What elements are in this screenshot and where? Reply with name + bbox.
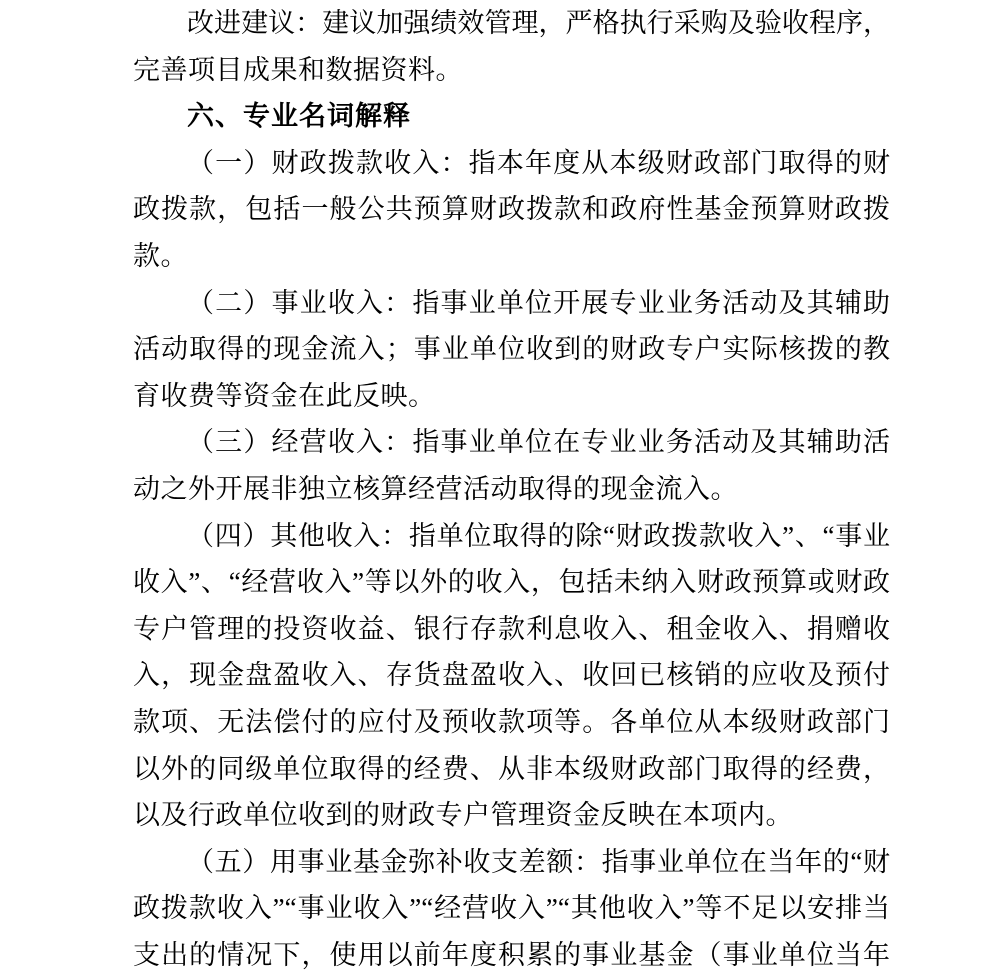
text-column: 改进建议：建议加强绩效管理，严格执行采购及验收程序， 完善项目成果和数据资料。 …: [133, 0, 890, 976]
text-line: （四）其他收入：指单位取得的除“财政拨款收入”、“事业: [133, 513, 890, 560]
text-line: 育收费等资金在此反映。: [133, 373, 890, 420]
text-line: （五）用事业基金弥补收支差额：指事业单位在当年的“财: [133, 839, 890, 886]
text-line: 款。: [133, 233, 890, 280]
text-line: 收入”、“经营收入”等以外的收入，包括未纳入财政预算或财政: [133, 559, 890, 606]
text-line: 支出的情况下，使用以前年度积累的事业基金（事业单位当年: [133, 932, 890, 976]
text-line: 政拨款收入”“事业收入”“经营收入”“其他收入”等不足以安排当年: [133, 885, 890, 932]
text-line: 以及行政单位收到的财政专户管理资金反映在本项内。: [133, 792, 890, 839]
text-line: 款项、无法偿付的应付及预收款项等。各单位从本级财政部门: [133, 699, 890, 746]
text-line: 完善项目成果和数据资料。: [133, 47, 890, 94]
text-line: 活动取得的现金流入；事业单位收到的财政专户实际核拨的教: [133, 326, 890, 373]
document-page: 改进建议：建议加强绩效管理，严格执行采购及验收程序， 完善项目成果和数据资料。 …: [0, 0, 1000, 976]
text-line: （三）经营收入：指事业单位在专业业务活动及其辅助活: [133, 419, 890, 466]
text-line: 以外的同级单位取得的经费、从非本级财政部门取得的经费，: [133, 746, 890, 793]
text-line: （一）财政拨款收入：指本年度从本级财政部门取得的财: [133, 140, 890, 187]
text-line: 动之外开展非独立核算经营活动取得的现金流入。: [133, 466, 890, 513]
text-line: 专户管理的投资收益、银行存款利息收入、租金收入、捐赠收: [133, 606, 890, 653]
text-line: 改进建议：建议加强绩效管理，严格执行采购及验收程序，: [133, 0, 890, 47]
section-heading: 六、专业名词解释: [133, 93, 890, 140]
text-line: 入，现金盘盈收入、存货盘盈收入、收回已核销的应收及预付: [133, 652, 890, 699]
text-line: 政拨款，包括一般公共预算财政拨款和政府性基金预算财政拨: [133, 186, 890, 233]
text-line: （二）事业收入：指事业单位开展专业业务活动及其辅助: [133, 280, 890, 327]
